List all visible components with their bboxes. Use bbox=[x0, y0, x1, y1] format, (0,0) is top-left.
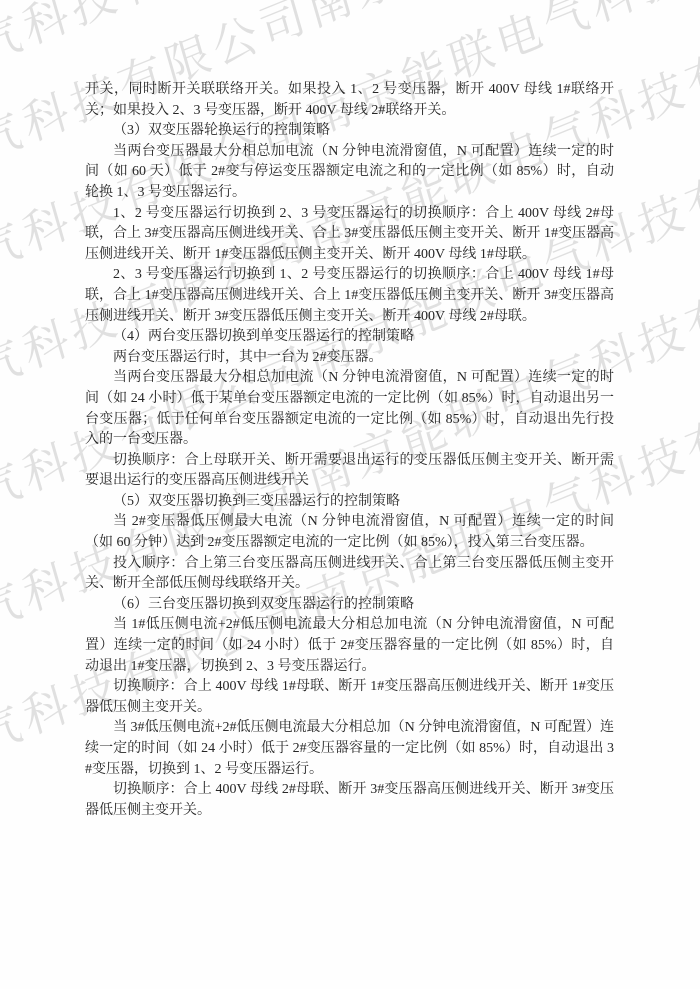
document-page: 南京能联电气科技有限公司南京能联电气科技有限公司 南京能联电气科技有限公司南京能… bbox=[0, 0, 700, 989]
paragraph: 投入顺序：合上第三台变压器高压侧进线开关、合上第三台变压器低压侧主变开关、断开全… bbox=[85, 554, 614, 595]
paragraph: 切换顺序：合上 400V 母线 1#母联、断开 1#变压器高压侧进线开关、断开 … bbox=[85, 677, 614, 718]
document-body: 开关，同时断开关联联络开关。如果投入 1、2 号变压器，断开 400V 母线 1… bbox=[85, 80, 614, 821]
paragraph: 当 3#低压侧电流+2#低压侧电流最大分相总加（N 分钟电流滑窗值，N 可配置）… bbox=[85, 718, 614, 780]
paragraph: 当两台变压器最大分相总加电流（N 分钟电流滑窗值，N 可配置）连续一定的时间（如… bbox=[85, 142, 614, 204]
watermark-text-segment: 南京能联电气科技有限公司 bbox=[301, 0, 700, 37]
paragraph: 两台变压器运行时，其中一台为 2#变压器。 bbox=[85, 348, 614, 369]
paragraph: 当 1#低压侧电流+2#低压侧电流最大分相总加电流（N 分钟电流滑窗值，N 可配… bbox=[85, 615, 614, 677]
section-heading: （6）三台变压器切换到双变压器运行的控制策略 bbox=[85, 595, 614, 616]
paragraph: 当 2#变压器低压侧最大电流（N 分钟电流滑窗值，N 可配置）连续一定的时间（如… bbox=[85, 512, 614, 553]
section-heading: （3）双变压器轮换运行的控制策略 bbox=[85, 121, 614, 142]
paragraph: 2、3 号变压器运行切换到 1、2 号变压器运行的切换顺序：合上 400V 母线… bbox=[85, 265, 614, 327]
section-heading: （5）双变压器切换到三变压器运行的控制策略 bbox=[85, 492, 614, 513]
paragraph: 当两台变压器最大分相总加电流（N 分钟电流滑窗值，N 可配置）连续一定的时间（如… bbox=[85, 368, 614, 450]
paragraph: 切换顺序：合上 400V 母线 2#母联、断开 3#变压器高压侧进线开关、断开 … bbox=[85, 780, 614, 821]
paragraph: 1、2 号变压器运行切换到 2、3 号变压器运行的切换顺序：合上 400V 母线… bbox=[85, 204, 614, 266]
paragraph: 开关，同时断开关联联络开关。如果投入 1、2 号变压器，断开 400V 母线 1… bbox=[85, 80, 614, 121]
section-heading: （4）两台变压器切换到单变压器运行的控制策略 bbox=[85, 327, 614, 348]
paragraph: 切换顺序：合上母联开关、断开需要退出运行的变压器低压侧主变开关、断开需要退出运行… bbox=[85, 451, 614, 492]
